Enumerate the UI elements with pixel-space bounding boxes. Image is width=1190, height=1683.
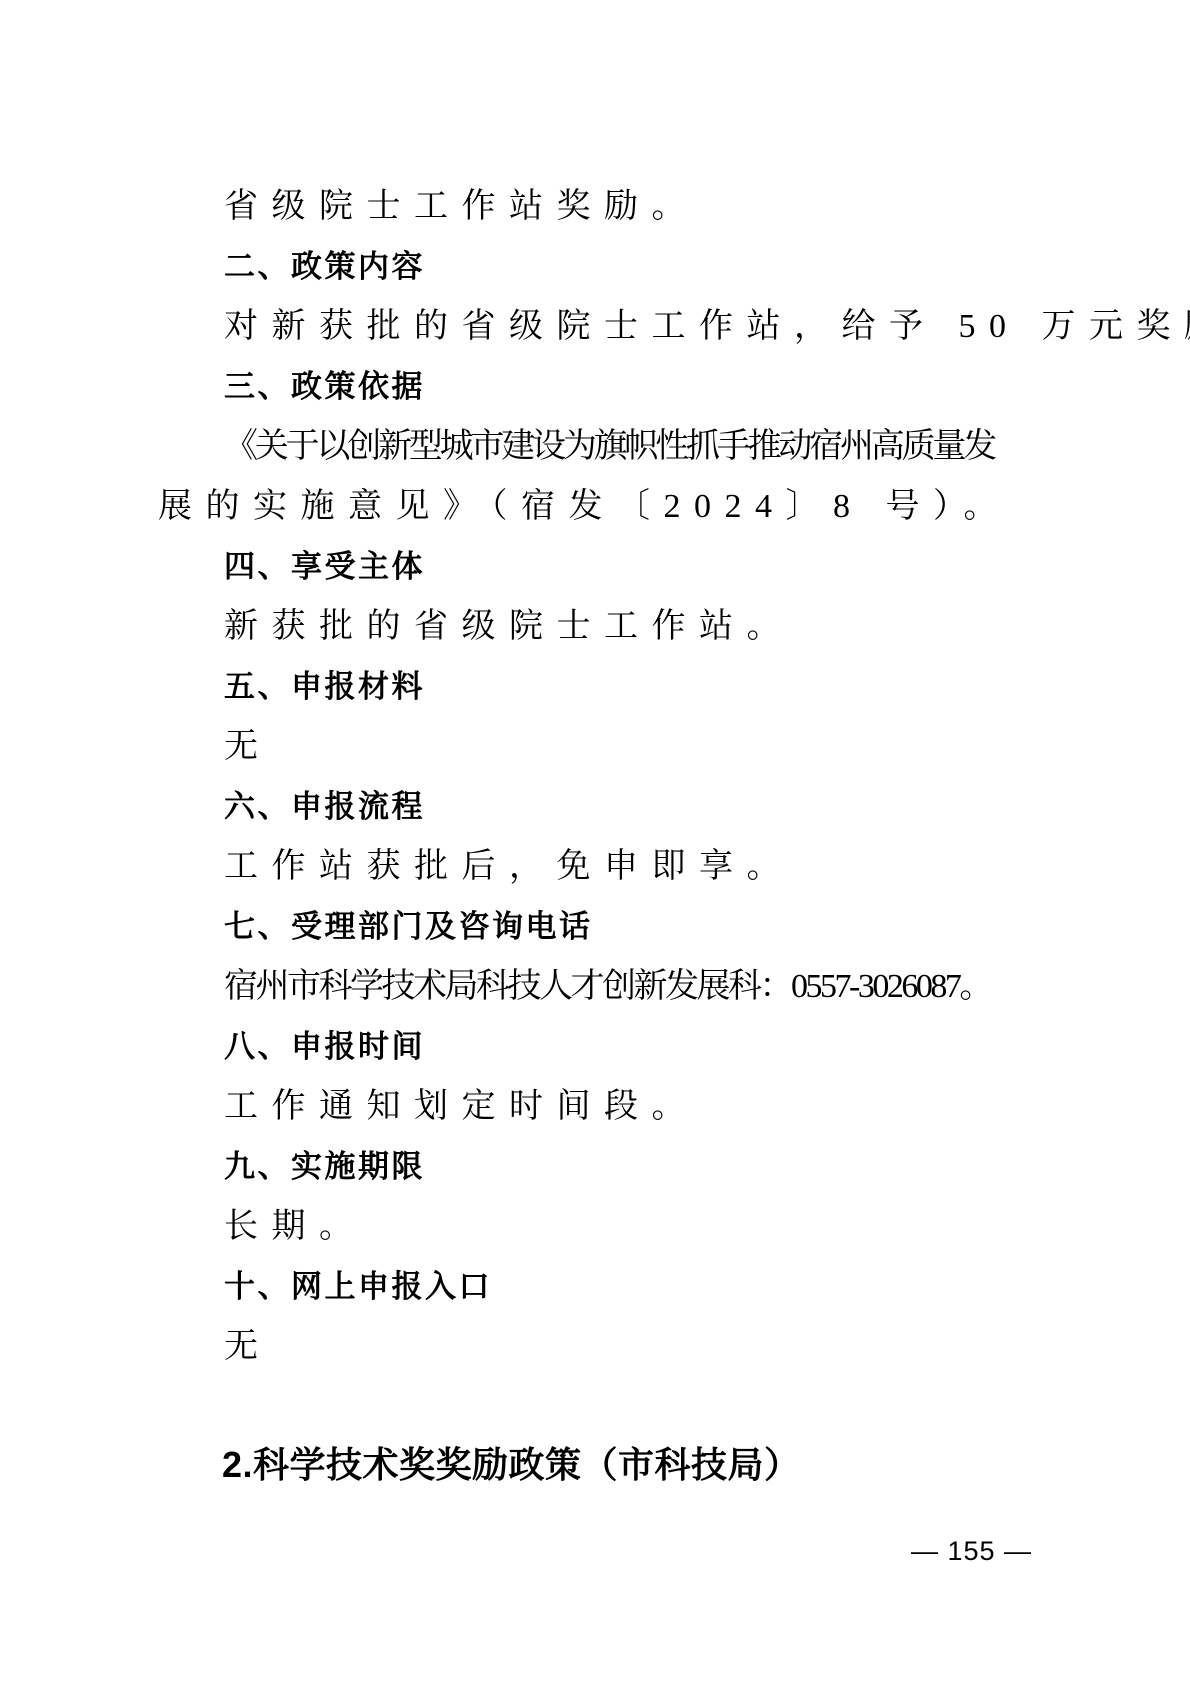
paragraph-line: 无 xyxy=(158,1317,1032,1377)
paragraph-line: 工作站获批后，免申即享。 xyxy=(158,837,1032,897)
section-heading: 六、申报流程 xyxy=(158,777,1032,837)
section-heading: 二、政策内容 xyxy=(158,237,1032,297)
document-page: 省级院士工作站奖励。 二、政策内容 对新获批的省级院士工作站，给予 50 万元奖… xyxy=(0,0,1190,1683)
paragraph-line: 新获批的省级院士工作站。 xyxy=(158,597,1032,657)
paragraph-line: 长期。 xyxy=(158,1197,1032,1257)
section-heading: 十、网上申报入口 xyxy=(158,1257,1032,1317)
document-content: 省级院士工作站奖励。 二、政策内容 对新获批的省级院士工作站，给予 50 万元奖… xyxy=(158,177,1032,1581)
page-number: — 155 — xyxy=(158,1521,1032,1581)
next-chapter-heading: 2.科学技术奖奖励政策（市科技局） xyxy=(158,1435,1032,1495)
section-heading: 五、申报材料 xyxy=(158,657,1032,717)
section-heading: 九、实施期限 xyxy=(158,1137,1032,1197)
paragraph-line: 工作通知划定时间段。 xyxy=(158,1077,1032,1137)
section-heading: 四、享受主体 xyxy=(158,537,1032,597)
paragraph-line: 《关于以创新型城市建设为旗帜性抓手推动宿州高质量发 xyxy=(158,417,1032,477)
section-heading: 七、受理部门及咨询电话 xyxy=(158,897,1032,957)
paragraph-line: 省级院士工作站奖励。 xyxy=(158,177,1032,237)
section-heading: 八、申报时间 xyxy=(158,1017,1032,1077)
paragraph-line: 宿州市科学技术局科技人才创新发展科：0557-3026087。 xyxy=(158,957,1032,1017)
section-heading: 三、政策依据 xyxy=(158,357,1032,417)
paragraph-line: 无 xyxy=(158,717,1032,777)
paragraph-line: 对新获批的省级院士工作站，给予 50 万元奖励。 xyxy=(158,297,1032,357)
paragraph-line: 展的实施意见》（宿发〔2024〕8 号）。 xyxy=(158,477,1032,537)
